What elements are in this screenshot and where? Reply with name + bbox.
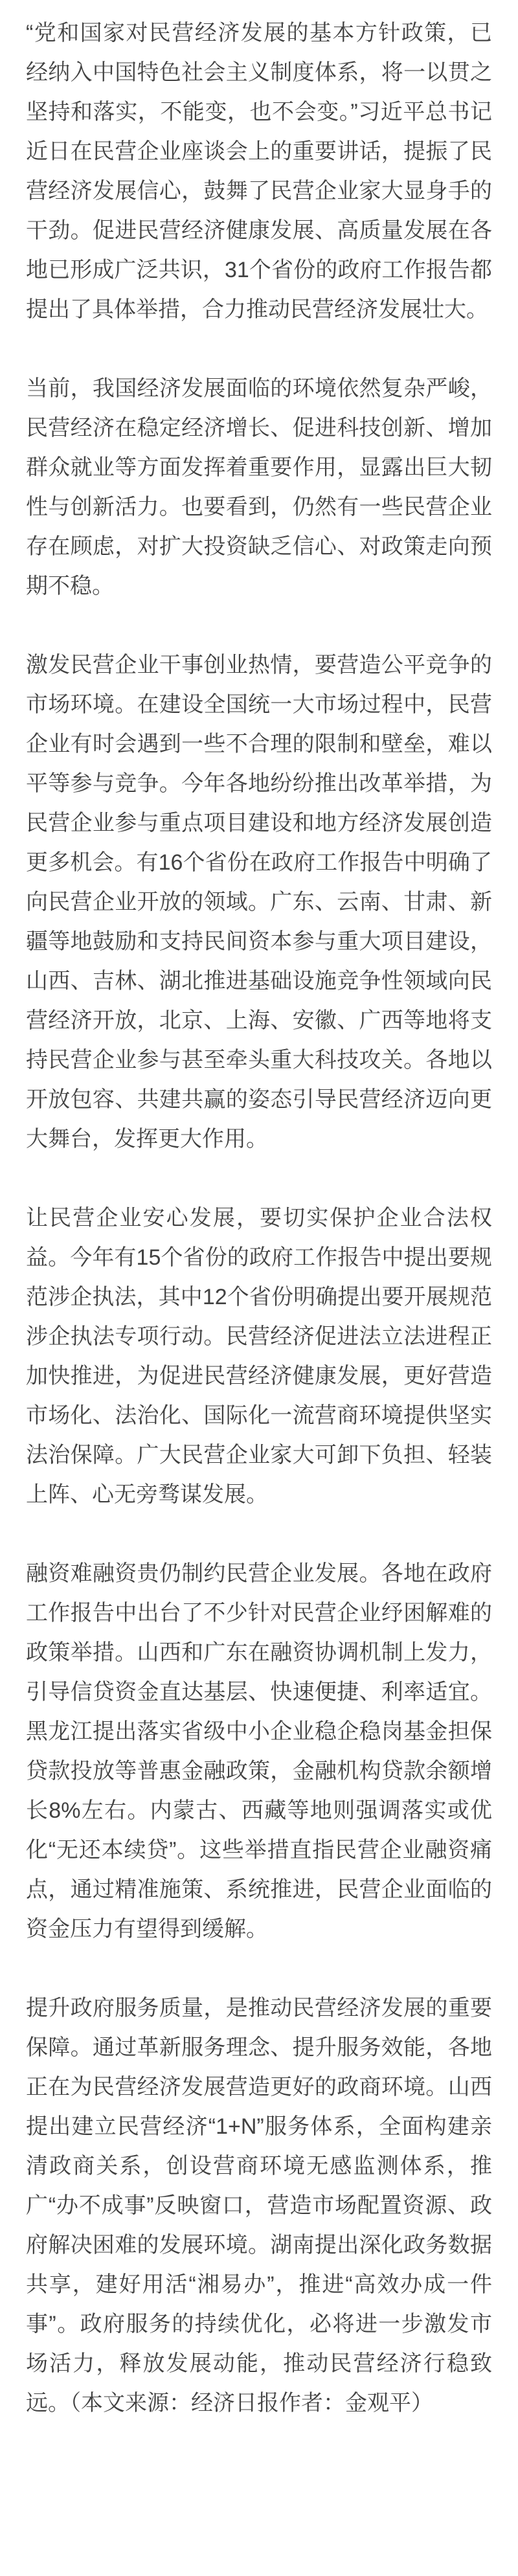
article-paragraph-3: 激发民营企业干事创业热情，要营造公平竞争的市场环境。在建设全国统一大市场过程中，… xyxy=(26,646,492,1159)
article-paragraph-5: 融资难融资贵仍制约民营企业发展。各地在政府工作报告中出台了不少针对民营企业纾困解… xyxy=(26,1554,492,1949)
article-paragraph-4: 让民营企业安心发展，要切实保护企业合法权益。今年有15个省份的政府工作报告中提出… xyxy=(26,1199,492,1515)
article-page: “党和国家对民营经济发展的基本方针政策，已经纳入中国特色社会主义制度体系，将一以… xyxy=(0,0,518,2576)
article-paragraph-1: “党和国家对民营经济发展的基本方针政策，已经纳入中国特色社会主义制度体系，将一以… xyxy=(26,14,492,330)
article-body: “党和国家对民营经济发展的基本方针政策，已经纳入中国特色社会主义制度体系，将一以… xyxy=(26,14,492,2423)
article-paragraph-6: 提升政府服务质量，是推动民营经济发展的重要保障。通过革新服务理念、提升服务效能，… xyxy=(26,1989,492,2423)
article-paragraph-2: 当前，我国经济发展面临的环境依然复杂严峻，民营经济在稳定经济增长、促进科技创新、… xyxy=(26,369,492,606)
